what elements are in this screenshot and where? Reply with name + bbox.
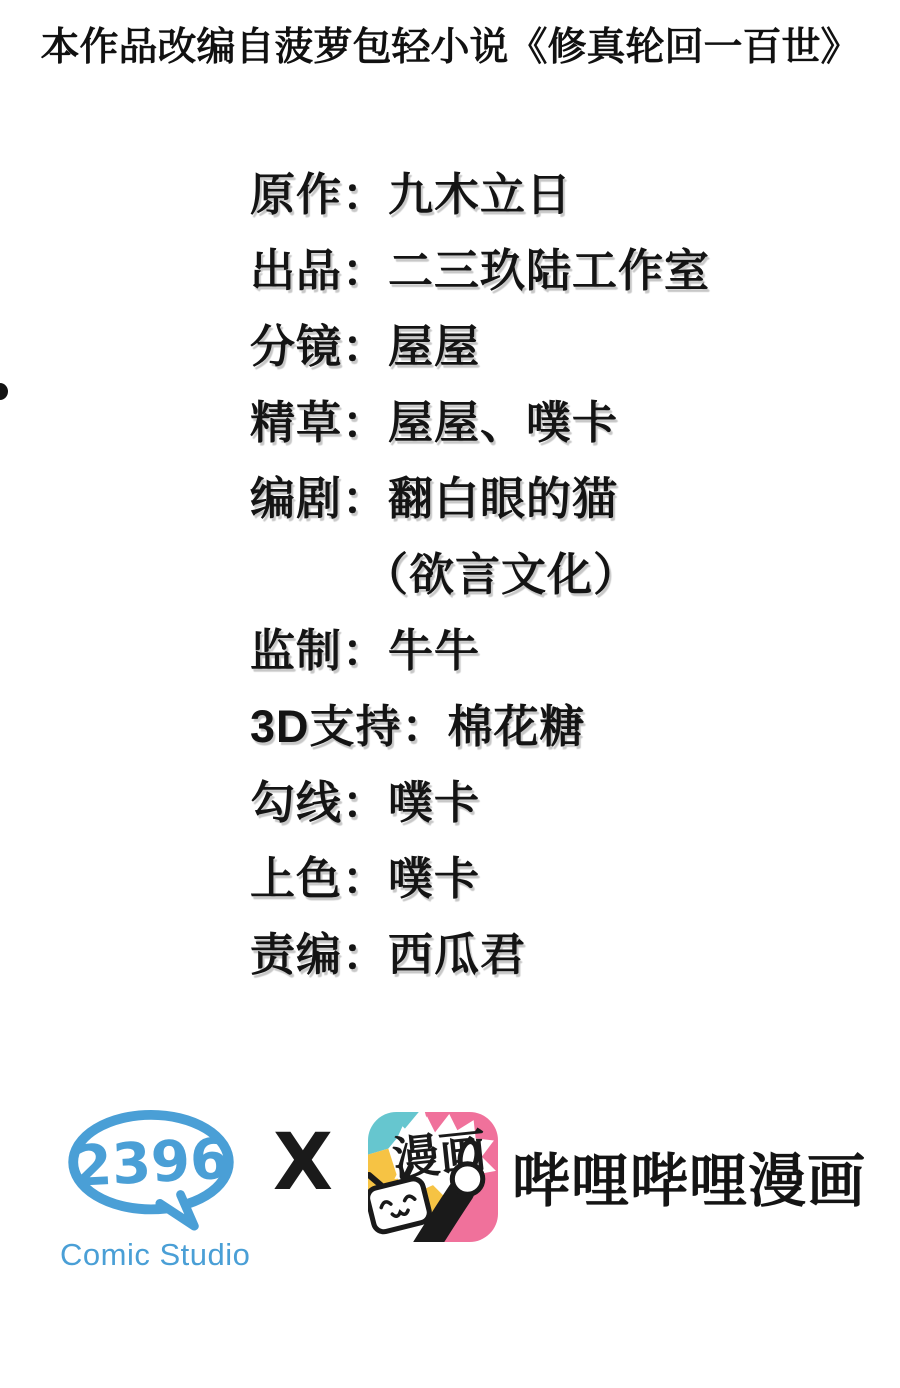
credits-list: 原作：九木立日 出品：二三玖陆工作室 分镜：屋屋 精草：屋屋、噗卡 编剧：翻白眼… — [250, 157, 710, 993]
credit-line-producer: 出品：二三玖陆工作室 — [250, 233, 710, 309]
studio-2396-logo: 2396 Comic Studio — [60, 1106, 242, 1273]
bilibili-comics-wordmark: 哔哩哔哩漫画 — [512, 1134, 866, 1218]
credit-line-coloring: 上色：噗卡 — [250, 841, 710, 917]
studio-number-text: 2396 — [71, 1127, 230, 1200]
credit-line-screenwriter-studio: （欲言文化） — [250, 537, 710, 613]
collab-x-mark: X — [263, 1118, 343, 1208]
credit-line-editor: 责编：西瓜君 — [250, 917, 710, 993]
speech-bubble-2396-icon: 2396 — [60, 1106, 242, 1234]
studio-name-text: Comic Studio — [60, 1237, 242, 1273]
credit-line-inking: 勾线：噗卡 — [250, 765, 710, 841]
adaptation-notice: 本作品改编自菠萝包轻小说《修真轮回一百世》 — [0, 16, 900, 72]
credit-line-original-author: 原作：九木立日 — [250, 157, 710, 233]
bilibili-comics-app-icon: 漫画 — [368, 1112, 498, 1242]
credit-line-screenwriter: 编剧：翻白眼的猫 — [250, 461, 710, 537]
publisher-footer: 2396 Comic Studio X 漫画 — [0, 1100, 900, 1300]
credit-line-storyboard: 分镜：屋屋 — [250, 309, 710, 385]
credit-line-supervisor: 监制：牛牛 — [250, 613, 710, 689]
credit-line-3d-support: 3D支持：棉花糖 — [250, 689, 710, 765]
credit-line-rough-draft: 精草：屋屋、噗卡 — [250, 385, 710, 461]
page-edge-artifact-dot — [0, 383, 8, 400]
